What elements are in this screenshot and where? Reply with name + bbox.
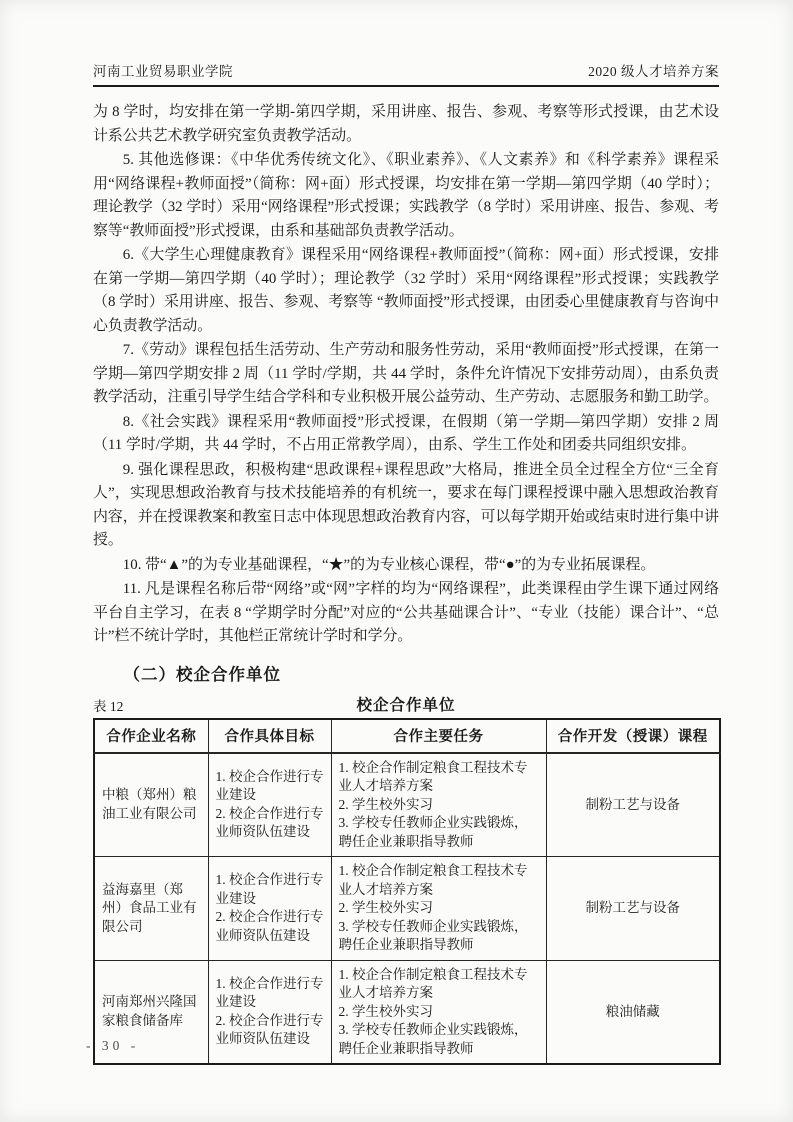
body-text: 为 8 学时，均安排在第一学期-第四学期，采用讲座、报告、参观、考察等形式授课，… [93,101,719,649]
company-cell: 益海嘉里（郑州）食品工业有限公司 [94,857,208,961]
paragraph-item-8: 8.《社会实践》课程采用“教师面授”形式授课，在假期（第一学期—第四学期）安排 … [93,411,719,458]
company-cell: 中粮（郑州）粮油工业有限公司 [94,753,208,857]
page-number: - 30 - [86,1038,139,1054]
courses-cell: 粮油储藏 [546,960,720,1064]
paragraph-item-10: 10. 带“▲”的为专业基础课程，“★”的为专业核心课程，带“●”的为专业拓展课… [93,554,719,578]
tasks-cell: 1. 校企合作制定粮食工程技术专业人才培养方案 2. 学生校外实习 3. 学校专… [331,960,546,1064]
goals-cell: 1. 校企合作进行专业建设 2. 校企合作进行专业师资队伍建设 [208,960,331,1064]
table-row: 益海嘉里（郑州）食品工业有限公司 1. 校企合作进行专业建设 2. 校企合作进行… [94,857,720,961]
paragraph-item-11: 11. 凡是课程名称后带“网络”或“网”字样的均为“网络课程”，此类课程由学生课… [93,578,719,649]
paragraph-continuation: 为 8 学时，均安排在第一学期-第四学期，采用讲座、报告、参观、考察等形式授课，… [93,101,719,148]
goals-cell: 1. 校企合作进行专业建设 2. 校企合作进行专业师资队伍建设 [208,857,331,961]
paragraph-item-9: 9. 强化课程思政，积极构建“思政课程+课程思政”大格局，推进全员全过程全方位“… [93,459,719,553]
courses-cell: 制粉工艺与设备 [546,857,720,961]
header-cell-company: 合作企业名称 [94,719,208,753]
header-cell-tasks: 合作主要任务 [331,719,546,753]
table-row: 河南郑州兴隆国家粮食储备库 1. 校企合作进行专业建设 2. 校企合作进行专业师… [94,960,720,1064]
table-number-label: 表 12 [93,695,123,715]
header-school-name: 河南工业贸易职业学院 [93,60,233,80]
section-heading: （二）校企合作单位 [93,661,719,685]
cooperation-table: 合作企业名称 合作具体目标 合作主要任务 合作开发（授课）课程 中粮（郑州）粮油… [93,718,721,1066]
paragraph-item-6: 6.《大学生心理健康教育》课程采用“网络课程+教师面授”（简称：网+面）形式授课… [93,244,719,338]
table-caption: 校企合作单位 [93,693,719,715]
tasks-cell: 1. 校企合作制定粮食工程技术专业人才培养方案 2. 学生校外实习 3. 学校专… [331,753,546,857]
header-plan-title: 2020 级人才培养方案 [588,60,719,80]
table-row: 中粮（郑州）粮油工业有限公司 1. 校企合作进行专业建设 2. 校企合作进行专业… [94,753,720,857]
table-header-row: 合作企业名称 合作具体目标 合作主要任务 合作开发（授课）课程 [94,719,720,753]
page-header: 河南工业贸易职业学院 2020 级人才培养方案 [93,60,719,87]
courses-cell: 制粉工艺与设备 [546,753,720,857]
document-page: 河南工业贸易职业学院 2020 级人才培养方案 为 8 学时，均安排在第一学期-… [0,0,793,1122]
header-cell-goals: 合作具体目标 [208,719,331,753]
header-cell-courses: 合作开发（授课）课程 [546,719,720,753]
goals-cell: 1. 校企合作进行专业建设 2. 校企合作进行专业师资队伍建设 [208,753,331,857]
paragraph-item-5: 5. 其他选修课：《中华优秀传统文化》、《职业素养》、《人文素养》和《科学素养》… [93,149,719,243]
tasks-cell: 1. 校企合作制定粮食工程技术专业人才培养方案 2. 学生校外实习 3. 学校专… [331,857,546,961]
paragraph-item-7: 7.《劳动》课程包括生活劳动、生产劳动和服务性劳动，采用“教师面授”形式授课，在… [93,339,719,410]
table-caption-row: 表 12 校企合作单位 [93,693,719,715]
